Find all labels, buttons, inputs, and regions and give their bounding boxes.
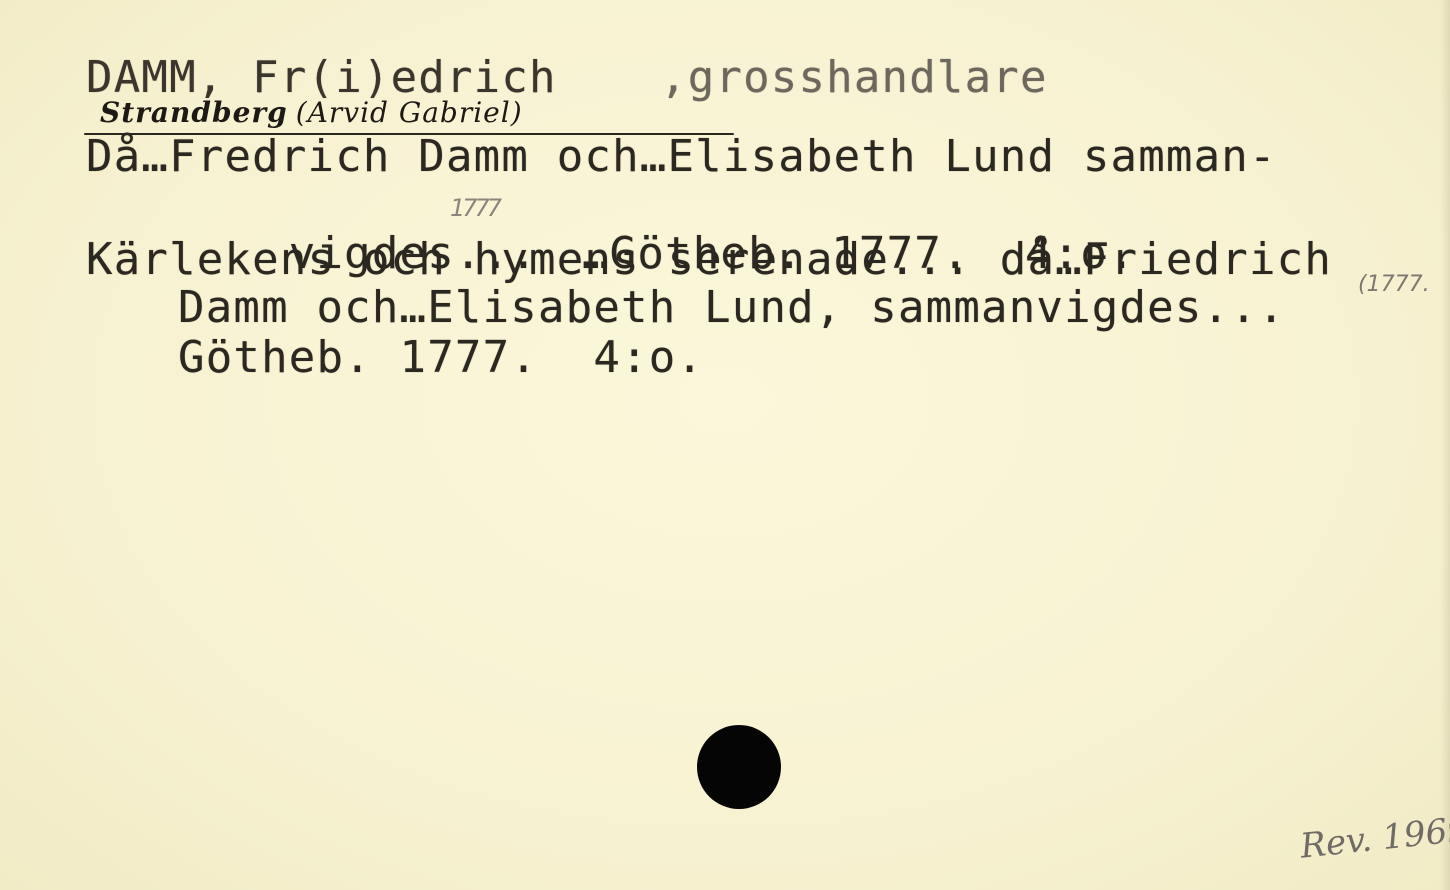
handwritten-author: Strandberg [100,96,288,129]
handwritten-given-names: (Arvid Gabriel) [296,96,523,129]
handwritten-year-1: 1777 [450,194,499,222]
entry-1-line-1: Då…Fredrich Damm och…Elisabeth Lund samm… [86,135,1277,179]
revision-note: Rev. 1969 [1298,809,1450,866]
card-edge [1440,0,1450,890]
heading-occupation: ,grosshandlare [660,56,1048,100]
entry-2-line-1: Kärlekens och hymens serenade... då…Frie… [86,238,1332,282]
entry-2-line-3: Götheb. 1777. 4:o. [178,336,704,380]
heading-name: DAMM, Fr(i)edrich [86,56,557,100]
handwritten-year-2: (1777. [1358,272,1430,297]
entry-2-line-2: Damm och…Elisabeth Lund, sammanvigdes... [178,286,1286,330]
handwritten-author-annotation: Strandberg(Arvid Gabriel) [100,96,523,129]
punch-hole [697,725,781,809]
catalog-card: DAMM, Fr(i)edrich ,grosshandlare Strandb… [0,0,1450,890]
